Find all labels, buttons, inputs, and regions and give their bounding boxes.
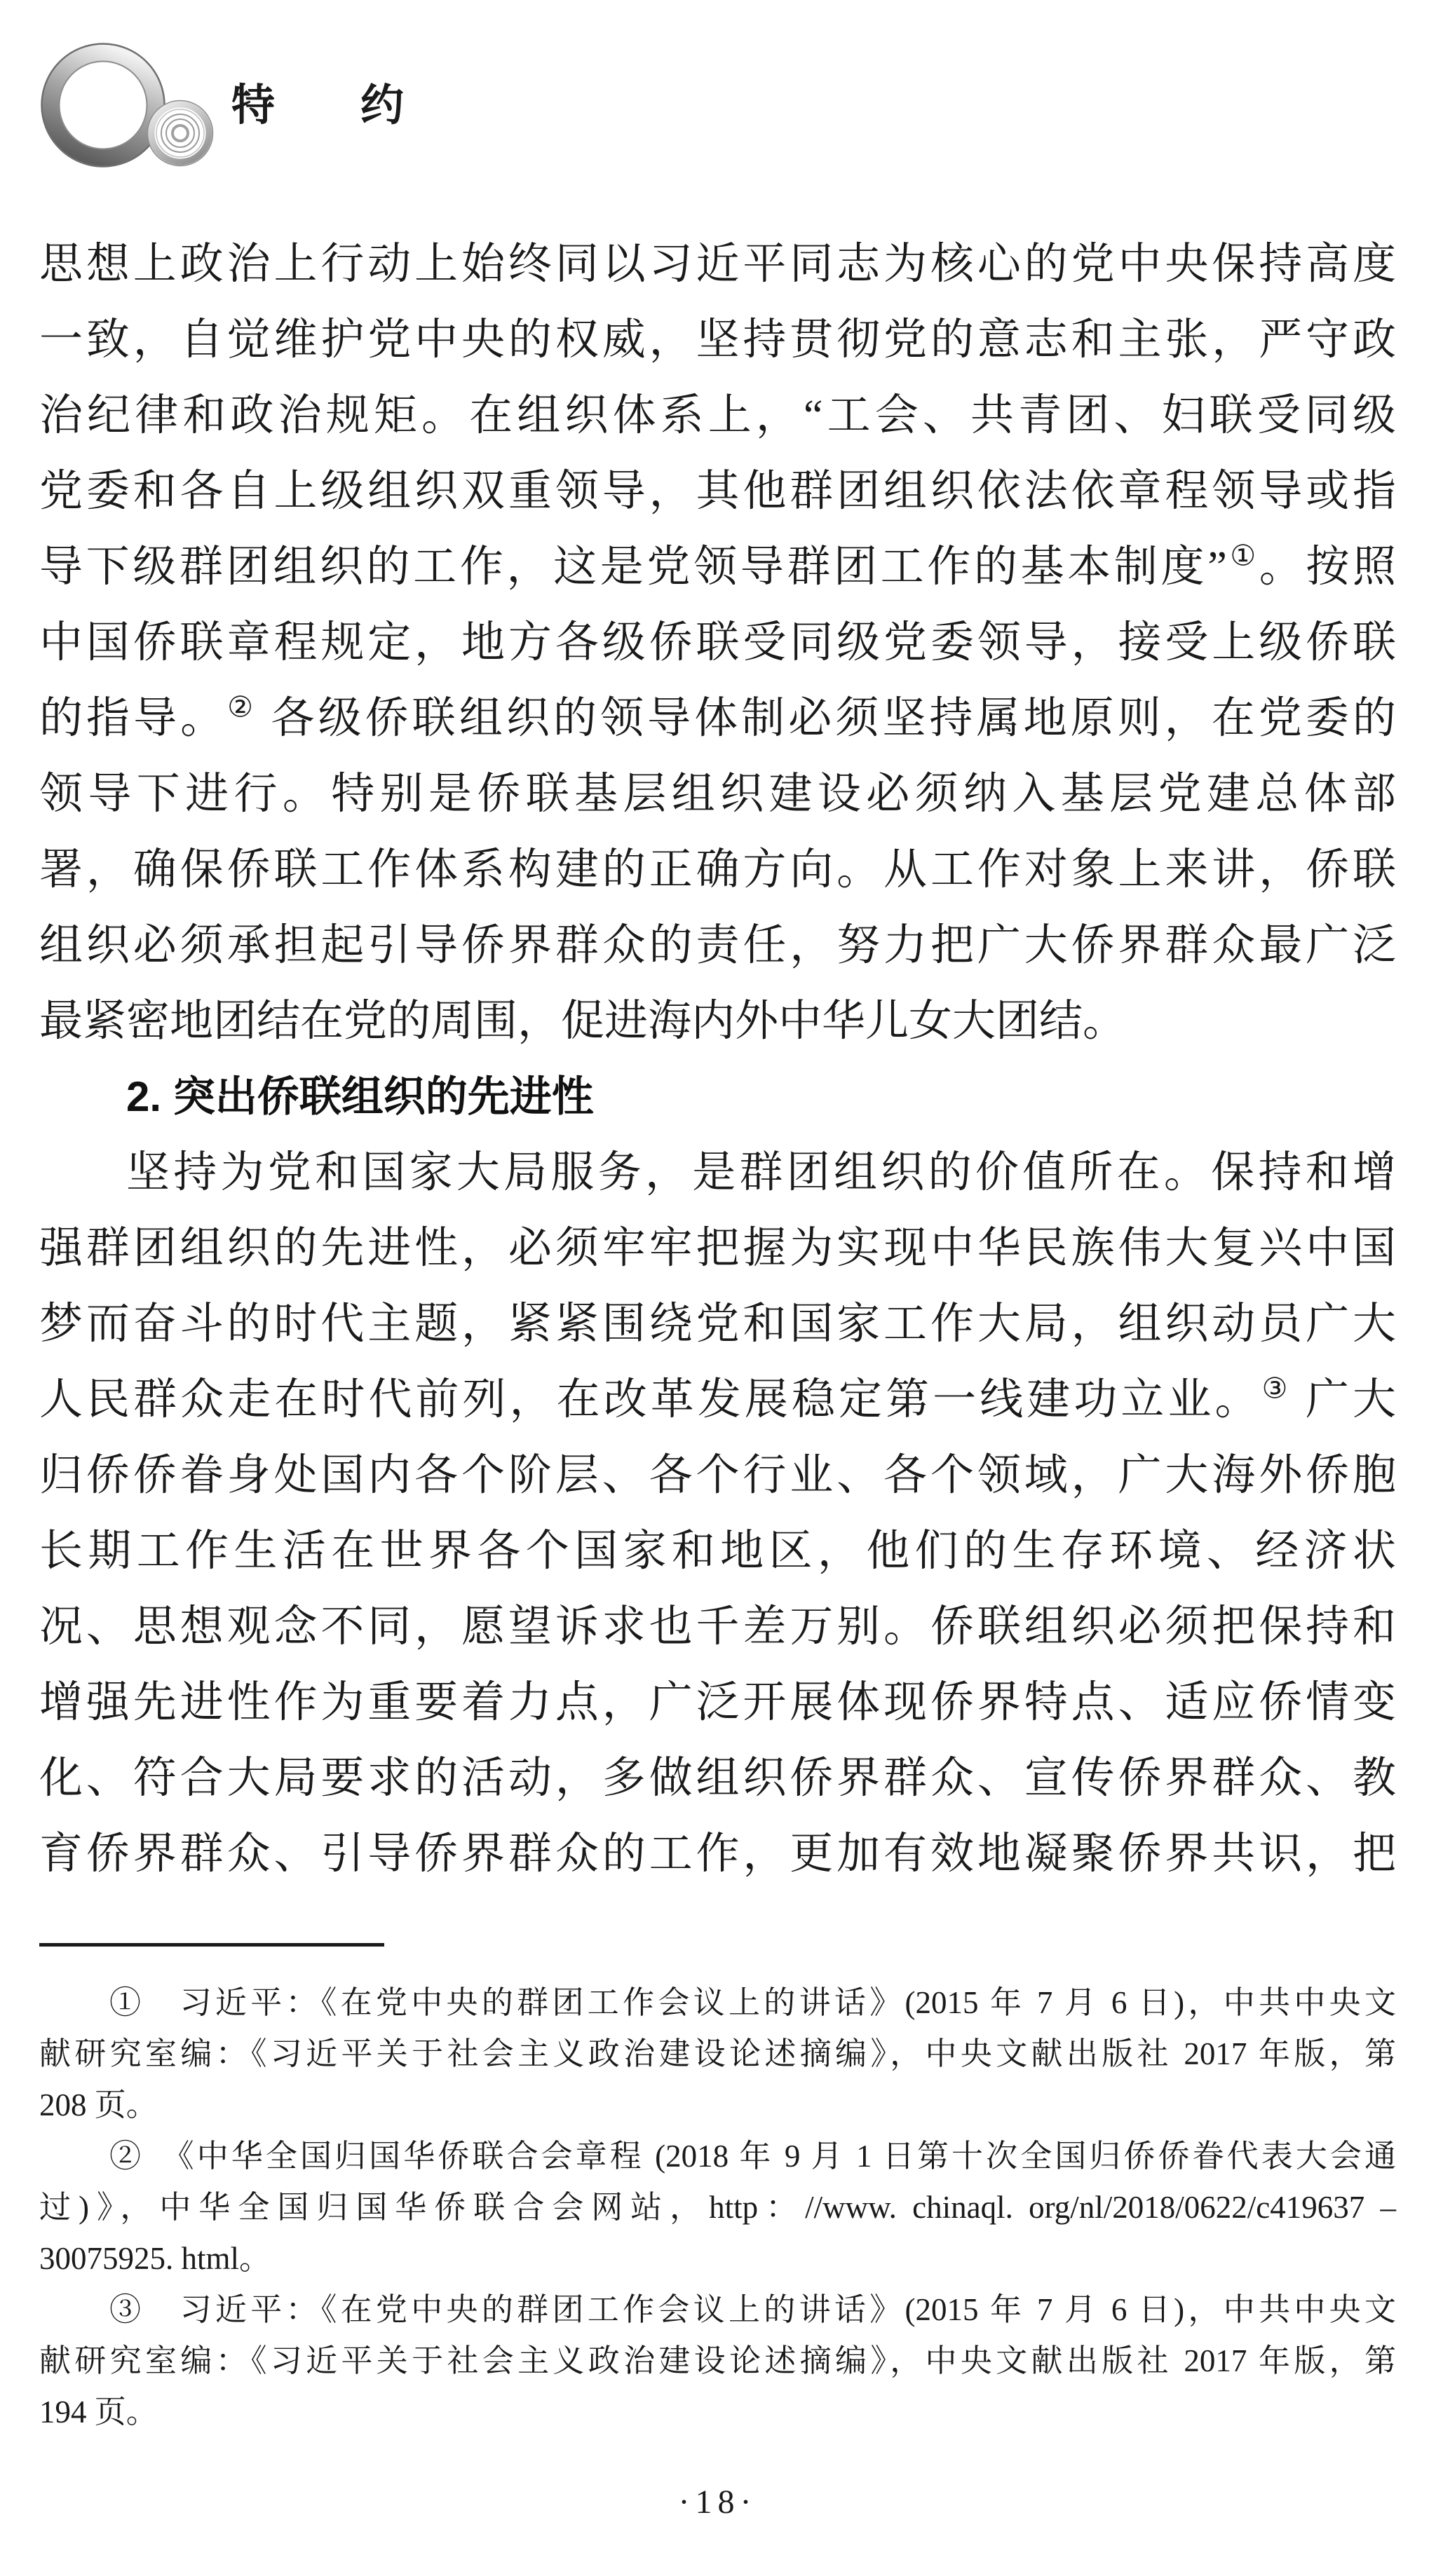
footnote-ref-icon: ③: [1262, 1373, 1292, 1405]
body-text-line: 一致，自觉维护党中央的权威，坚持贯彻党的意志和主张，严守政: [39, 302, 1396, 378]
body-text-line: 导下级群团组织的工作，这是党领导群团工作的基本制度”①。按照: [39, 529, 1396, 605]
body-text-line: 梦而奋斗的时代主题，紧紧围绕党和国家工作大局，组织动员广大: [39, 1286, 1396, 1362]
body-text-line: 人民群众走在时代前列，在改革发展稳定第一线建功立业。③ 广大: [39, 1362, 1396, 1438]
body-text-line: 领导下进行。特别是侨联基层组织建设必须纳入基层党建总体部: [39, 756, 1396, 832]
footnote-line: ③ 习近平：《在党中央的群团工作会议上的讲话》(2015 年 7 月 6 日)，…: [39, 2284, 1396, 2336]
footnote-line: 献研究室编：《习近平关于社会主义政治建设论述摘编》，中央文献出版社 2017 年…: [39, 2336, 1396, 2387]
column-tag-char-1: 特: [231, 81, 275, 130]
footnote-line: 194 页。: [39, 2387, 1396, 2438]
double-rings-logo-icon: [28, 28, 238, 182]
body-text-line: 治纪律和政治规矩。在组织体系上，“工会、共青团、妇联受同级: [39, 378, 1396, 454]
body-text-line: 的指导。② 各级侨联组织的领导体制必须坚持属地原则，在党委的: [39, 681, 1396, 756]
body-text-line: 增强先进性作为重要着力点，广泛开展体现侨界特点、适应侨情变: [39, 1665, 1396, 1740]
body-text-line: 强群团组织的先进性，必须牢牢把握为实现中华民族伟大复兴中国: [39, 1211, 1396, 1286]
document-page: 特 约 思想上政治上行动上始终同以习近平同志为核心的党中央保持高度一致，自觉维护…: [0, 0, 1436, 2576]
body-text-line: 署，确保侨联工作体系构建的正确方向。从工作对象上来讲，侨联: [39, 832, 1396, 908]
footnotes-section: ① 习近平：《在党中央的群团工作会议上的讲话》(2015 年 7 月 6 日)，…: [39, 1943, 1396, 2523]
body-text-line: 组织必须承担起引导侨界群众的责任，努力把广大侨界群众最广泛: [39, 908, 1396, 983]
paragraph-2: 坚持为党和国家大局服务，是群团组织的价值所在。保持和增强群团组织的先进性，必须牢…: [39, 1135, 1396, 1892]
footnote-ref-icon: ②: [227, 692, 257, 723]
body-text-line: 思想上政治上行动上始终同以习近平同志为核心的党中央保持高度: [39, 226, 1396, 302]
footnote-line: 过)》，中华全国归国华侨联合会网站，http：//www. chinaql. o…: [39, 2182, 1396, 2233]
footnote-line: 30075925. html。: [39, 2233, 1396, 2284]
column-tag: 特 约: [231, 81, 404, 130]
footnote-separator: [39, 1943, 384, 1947]
body-text-line: 长期工作生活在世界各个国家和地区，他们的生存环境、经济状: [39, 1513, 1396, 1589]
body-text-line: 坚持为党和国家大局服务，是群团组织的价值所在。保持和增: [39, 1135, 1396, 1211]
body-text-line: 中国侨联章程规定，地方各级侨联受同级党委领导，接受上级侨联: [39, 605, 1396, 681]
body-text-line: 党委和各自上级组织双重领导，其他群团组织依法依章程领导或指: [39, 454, 1396, 529]
paragraph-1: 思想上政治上行动上始终同以习近平同志为核心的党中央保持高度一致，自觉维护党中央的…: [39, 226, 1396, 1059]
body-text-line: 化、符合大局要求的活动，多做组织侨界群众、宣传侨界群众、教: [39, 1740, 1396, 1816]
body-text-line: 归侨侨眷身处国内各个阶层、各个行业、各个领域，广大海外侨胞: [39, 1438, 1396, 1513]
page-number: ·18·: [39, 2481, 1396, 2523]
footnote-line: 献研究室编：《习近平关于社会主义政治建设论述摘编》，中央文献出版社 2017 年…: [39, 2029, 1396, 2080]
footnote-line: ② 《中华全国归国华侨联合会章程 (2018 年 9 月 1 日第十次全国归侨侨…: [39, 2131, 1396, 2182]
body-text-line: 育侨界群众、引导侨界群众的工作，更加有效地凝聚侨界共识，把: [39, 1816, 1396, 1892]
footnote-line: ① 习近平：《在党中央的群团工作会议上的讲话》(2015 年 7 月 6 日)，…: [39, 1977, 1396, 2029]
body-text-line: 况、思想观念不同，愿望诉求也千差万别。侨联组织必须把保持和: [39, 1589, 1396, 1665]
section-heading: 2. 突出侨联组织的先进性: [39, 1059, 1396, 1135]
body-text-line: 最紧密地团结在党的周围，促进海内外中华儿女大团结。: [39, 983, 1396, 1059]
footnote-ref-icon: ①: [1227, 540, 1259, 572]
footnote-line: 208 页。: [39, 2080, 1396, 2131]
column-tag-char-2: 约: [360, 81, 404, 130]
article-body: 思想上政治上行动上始终同以习近平同志为核心的党中央保持高度一致，自觉维护党中央的…: [39, 226, 1396, 1892]
footnote-list: ① 习近平：《在党中央的群团工作会议上的讲话》(2015 年 7 月 6 日)，…: [39, 1977, 1396, 2438]
